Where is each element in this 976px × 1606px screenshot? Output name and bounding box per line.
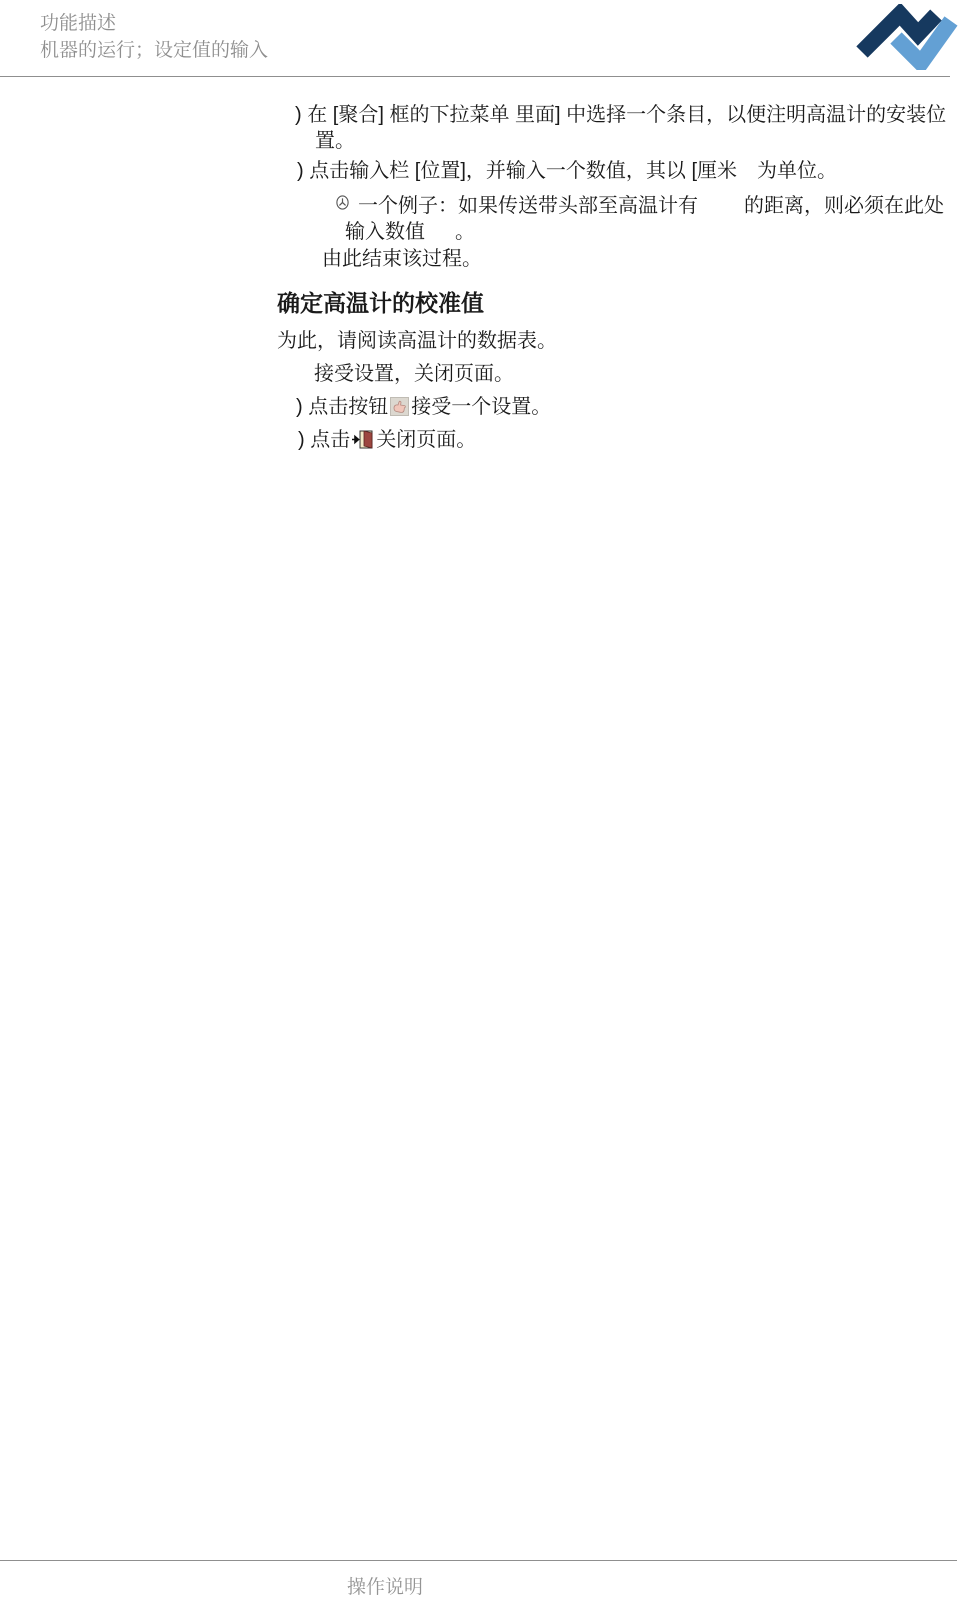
- step4-text-after: 关闭页面。: [376, 429, 476, 451]
- instruction-step-3: ) 点击按钮 接受一个设置。: [296, 394, 551, 420]
- example-text-d: 。: [455, 221, 475, 243]
- example-line-1: 一个例子：如果传送带头部至高温计有的距离，则必须在此处: [358, 193, 944, 219]
- step3-text-before: 点击按钮: [308, 396, 388, 418]
- section-heading: 确定高温计的校准值: [277, 290, 484, 316]
- instruction-step-1: ) 在 [聚合] 框的下拉菜单 里面] 中选择一个条目，以便注明高温计的安装位置…: [295, 102, 960, 154]
- exit-door-button-icon: [352, 430, 374, 449]
- header-divider: [0, 76, 950, 77]
- instruction-step-4: ) 点击 关闭页面。: [298, 427, 476, 453]
- company-logo-icon: [838, 4, 960, 70]
- page-header: 功能描述 机器的运行；设定值的输入: [40, 10, 268, 64]
- footer-divider: [0, 1560, 957, 1561]
- paragraph-2: 接受设置，关闭页面。: [314, 361, 514, 387]
- header-chapter: 功能描述: [40, 10, 268, 37]
- step3-text-after: 接受一个设置。: [411, 396, 551, 418]
- accept-hand-button-icon: [390, 397, 409, 416]
- footer-doc-type: 操作说明: [347, 1572, 423, 1599]
- manual-page: 功能描述 机器的运行；设定值的输入 ) 在 [聚合] 框的下拉菜单 里面] 中选…: [0, 0, 976, 1606]
- step4-text-before: 点击: [310, 429, 350, 451]
- paragraph-1: 为此，请阅读高温计的数据表。: [277, 328, 557, 354]
- example-note-icon: [335, 195, 350, 210]
- instruction-step-2: ) 点击输入栏 [位置]，并输入一个数值，其以 [厘米 为单位。: [297, 158, 837, 184]
- example-line-2: 输入数值。: [345, 219, 475, 245]
- example-text-c: 输入数值: [345, 221, 425, 243]
- example-text-b: 的距离，则必须在此处: [744, 195, 944, 217]
- step4-marker: ): [298, 429, 310, 451]
- example-text-a: 一个例子：如果传送带头部至高温计有: [358, 195, 698, 217]
- header-section: 机器的运行；设定值的输入: [40, 37, 268, 64]
- closing-sentence: 由此结束该过程。: [322, 246, 482, 272]
- step3-marker: ): [296, 396, 308, 418]
